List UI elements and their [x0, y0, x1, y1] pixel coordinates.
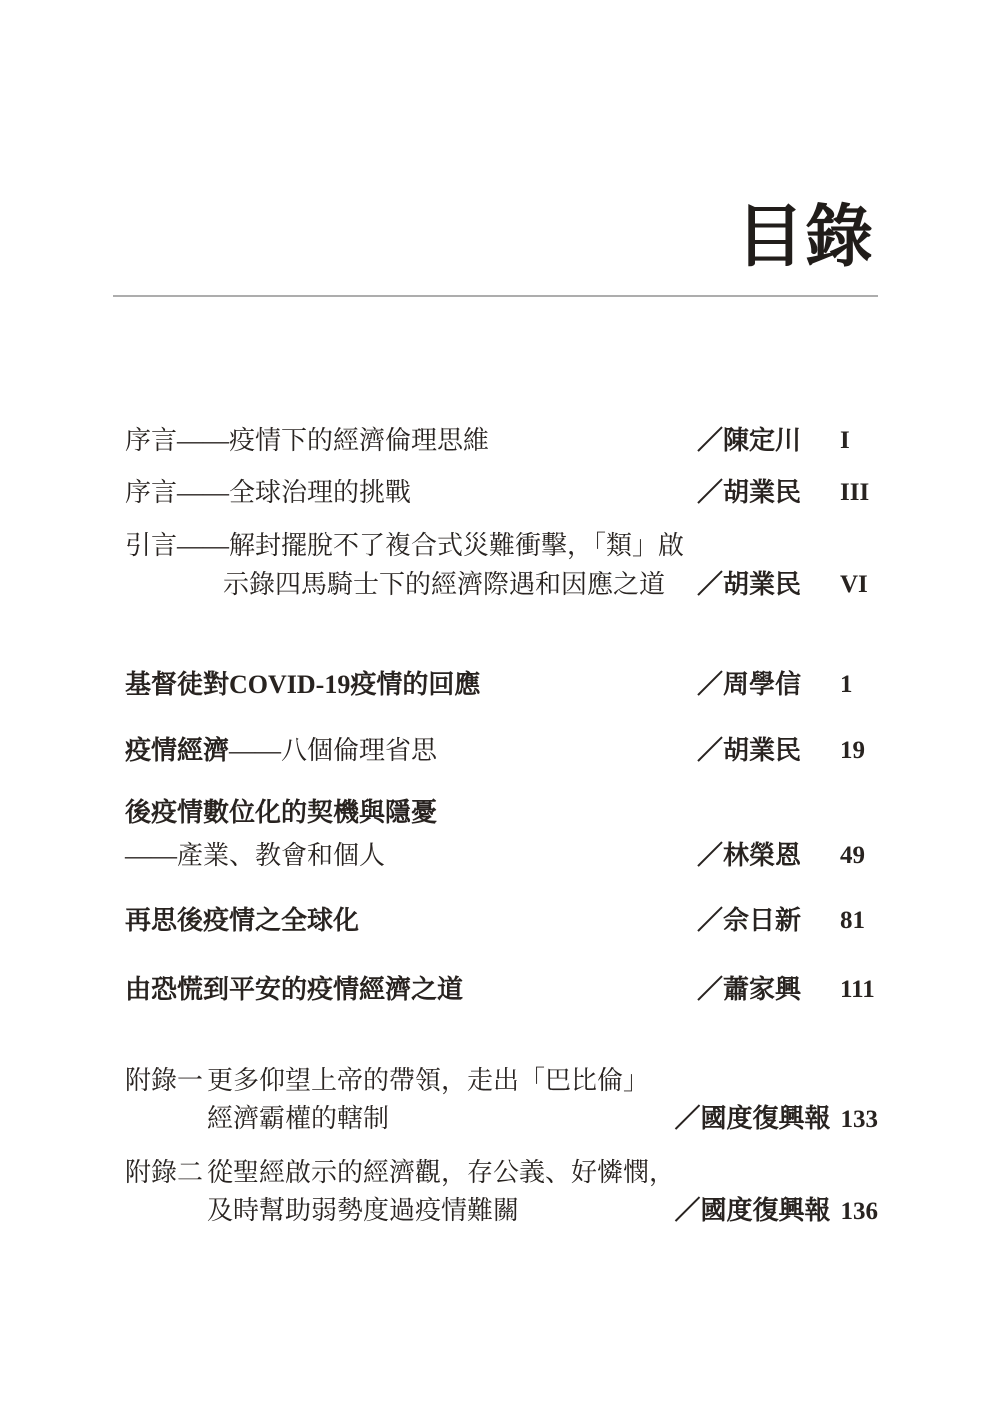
- toc-entry-page: 111: [840, 973, 875, 1007]
- toc-entry-title-continued: ——產業、教會和個人: [125, 841, 385, 870]
- toc-row: 經濟霸權的轄制 ／國度復興報133: [125, 1102, 878, 1136]
- toc-entry-author: ／蕭家興: [697, 973, 801, 1007]
- toc-entry-source: ／國度復興報: [674, 1196, 830, 1225]
- appendix-label: 附錄二: [125, 1156, 207, 1190]
- toc-page: 目錄 序言——疫情下的經濟倫理思維 ／陳定川 I 序言——全球治理的挑戰 ／胡業…: [0, 0, 1000, 1405]
- toc-entry-title-continued: 示錄四馬騎士下的經濟際遇和因應之道: [125, 568, 665, 602]
- toc-entry-author: ／陳定川: [697, 424, 801, 458]
- toc-entry-author: ／林榮恩: [697, 839, 801, 873]
- toc-entry-page: 81: [840, 904, 865, 938]
- toc-entry-title-continued: 及時幫助弱勢度過疫情難關: [125, 1194, 519, 1228]
- toc-entry-title: 更多仰望上帝的帶領，走出「巴比倫」: [207, 1066, 649, 1095]
- toc-row: 示錄四馬騎士下的經濟際遇和因應之道 ／胡業民 VI: [125, 568, 878, 602]
- toc-row: 後疫情數位化的契機與隱憂: [125, 796, 878, 830]
- toc-entry-author: ／佘日新: [697, 904, 801, 938]
- toc-entry-author: ／周學信: [697, 668, 801, 702]
- toc-entry-page: III: [840, 476, 869, 510]
- toc-entry-page: 19: [840, 734, 865, 768]
- toc-row: 由恐慌到平安的疫情經濟之道 ／蕭家興 111: [125, 973, 878, 1007]
- toc-row: 附錄二從聖經啟示的經濟觀，存公義、好憐憫，: [125, 1156, 878, 1190]
- toc-row: 再思後疫情之全球化 ／佘日新 81: [125, 904, 878, 938]
- toc-entry-source-page: ／國度復興報136: [674, 1194, 878, 1229]
- toc-entry-page: VI: [840, 568, 868, 602]
- toc-entry-title: 後疫情數位化的契機與隱憂: [125, 798, 437, 827]
- toc-entry-title: 由恐慌到平安的疫情經濟之道: [125, 975, 463, 1004]
- toc-entry-source-page: ／國度復興報133: [674, 1102, 878, 1137]
- title-divider-rule: [113, 295, 878, 297]
- toc-entry-author: ／胡業民: [697, 568, 801, 602]
- toc-entry-title: 基督徒對COVID-19疫情的回應: [125, 670, 480, 699]
- toc-entry-page: 136: [841, 1198, 879, 1225]
- toc-entry-title: 序言——疫情下的經濟倫理思維: [125, 426, 489, 455]
- toc-entry-page: 133: [841, 1106, 879, 1133]
- toc-entry-title: 再思後疫情之全球化: [125, 906, 359, 935]
- toc-entry-title-subtitle: ——八個倫理省思: [229, 736, 437, 765]
- toc-row: 序言——全球治理的挑戰 ／胡業民 III: [125, 476, 878, 510]
- toc-entry-title-continued: 經濟霸權的轄制: [125, 1102, 389, 1136]
- toc-row: ——產業、教會和個人 ／林榮恩 49: [125, 839, 878, 873]
- toc-entry-title: 引言——解封擺脫不了複合式災難衝擊，「類」啟: [125, 531, 684, 560]
- toc-entry-author: ／胡業民: [697, 734, 801, 768]
- toc-entry-page: I: [840, 424, 850, 458]
- toc-entry-page: 1: [840, 668, 853, 702]
- toc-row: 基督徒對COVID-19疫情的回應 ／周學信 1: [125, 668, 878, 702]
- toc-row: 及時幫助弱勢度過疫情難關 ／國度復興報136: [125, 1194, 878, 1228]
- toc-row: 附錄一更多仰望上帝的帶領，走出「巴比倫」: [125, 1064, 878, 1098]
- toc-entry-title: 序言——全球治理的挑戰: [125, 478, 411, 507]
- page-title: 目錄: [736, 198, 874, 276]
- appendix-label: 附錄一: [125, 1064, 207, 1098]
- toc-entry-author: ／胡業民: [697, 476, 801, 510]
- toc-entry-title: 從聖經啟示的經濟觀，存公義、好憐憫，: [207, 1158, 675, 1187]
- toc-row: 序言——疫情下的經濟倫理思維 ／陳定川 I: [125, 424, 878, 458]
- toc-entry-title-main: 疫情經濟: [125, 736, 229, 765]
- toc-row: 疫情經濟——八個倫理省思 ／胡業民 19: [125, 734, 878, 768]
- toc-entry-source: ／國度復興報: [674, 1104, 830, 1133]
- toc-row: 引言——解封擺脫不了複合式災難衝擊，「類」啟: [125, 529, 878, 563]
- toc-entry-page: 49: [840, 839, 865, 873]
